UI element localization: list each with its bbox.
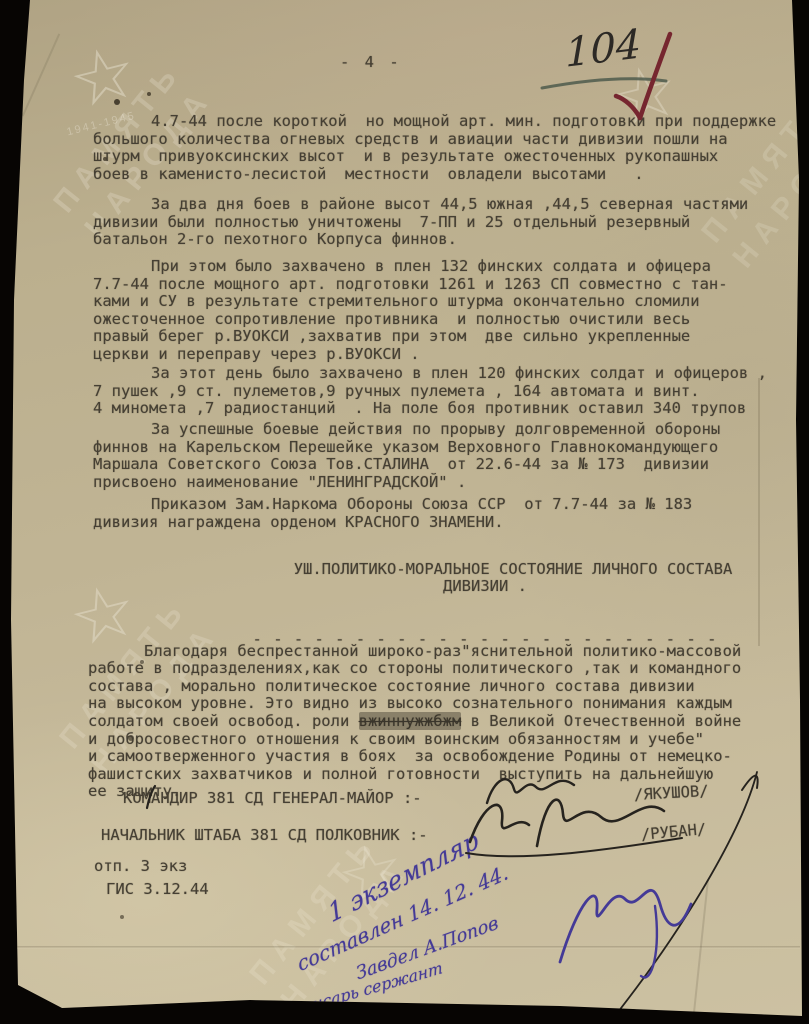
- paragraph-leningradskaya-title: За успешные боевые действия по прорыву д…: [93, 421, 805, 491]
- handwritten-page-number: 104: [565, 21, 642, 77]
- fold-crease-diagonal: [693, 880, 709, 1011]
- watermark-text-bottom-center: ПАМЯТЬ НАРОДА: [241, 825, 419, 1018]
- paragraph-red-banner-order: Приказом Зам.Наркома Обороны Союза ССР о…: [93, 496, 805, 531]
- handwritten-note-scribe: писарь сержант: [301, 958, 443, 1017]
- commander-signature-label: КОМАНДИР 381 СД ГЕНЕРАЛ-МАЙОР :-: [123, 790, 422, 808]
- scanned-document-page: ☆ 1941-1945 ПАМЯТЬ НАРОДА ☆ ПАМЯТЬ НАРОД…: [0, 0, 809, 1024]
- paper-specks: [0, 0, 4, 4]
- paragraph-captured-trophies: За этот день было захвачено в плен 120 ф…: [93, 365, 805, 418]
- fold-crease-corner: [22, 33, 60, 116]
- handwritten-note-clerk-head: Завдел А.Попов: [354, 912, 500, 984]
- section-heading: УШ.ПОЛИТИКО-МОРАЛЬНОЕ СОСТОЯНИЕ ЛИЧНОГО …: [294, 560, 733, 596]
- scribe-signature-ink: [560, 890, 691, 962]
- typed-page-number: - 4 -: [340, 54, 402, 72]
- chief-of-staff-typed-name: /РУБАН/: [640, 821, 707, 844]
- checkmark-icon: [640, 34, 670, 118]
- scribe-signature-ink: [641, 906, 657, 977]
- page-number-underline-stroke: [542, 79, 666, 88]
- paragraph-assault: 4.7-44 после короткой но мощной арт. мин…: [93, 113, 805, 183]
- typist-date-note: ГИС 3.12.44: [106, 881, 209, 899]
- chief-of-staff-signature-label: НАЧАЛЬНИК ШТАБА 381 СД ПОЛКОВНИК :-: [101, 827, 428, 845]
- paper-sheet: ☆ 1941-1945 ПАМЯТЬ НАРОДА ☆ ПАМЯТЬ НАРОД…: [0, 0, 809, 1024]
- fold-crease-horizontal: [14, 946, 800, 949]
- copies-typed-note: отп. 3 экз: [94, 858, 187, 876]
- watermark-star-icon: ☆: [62, 33, 144, 121]
- overtyped-correction: вжиннужжбжм: [359, 712, 462, 730]
- paragraph-two-days: За два дня боев в районе высот 44,5 южна…: [93, 196, 805, 249]
- handwritten-note-date: составлен 14. 12. 44.: [295, 860, 511, 977]
- paragraph-prisoners-vuoksi: При этом было захвачено в плен 132 финск…: [93, 258, 805, 364]
